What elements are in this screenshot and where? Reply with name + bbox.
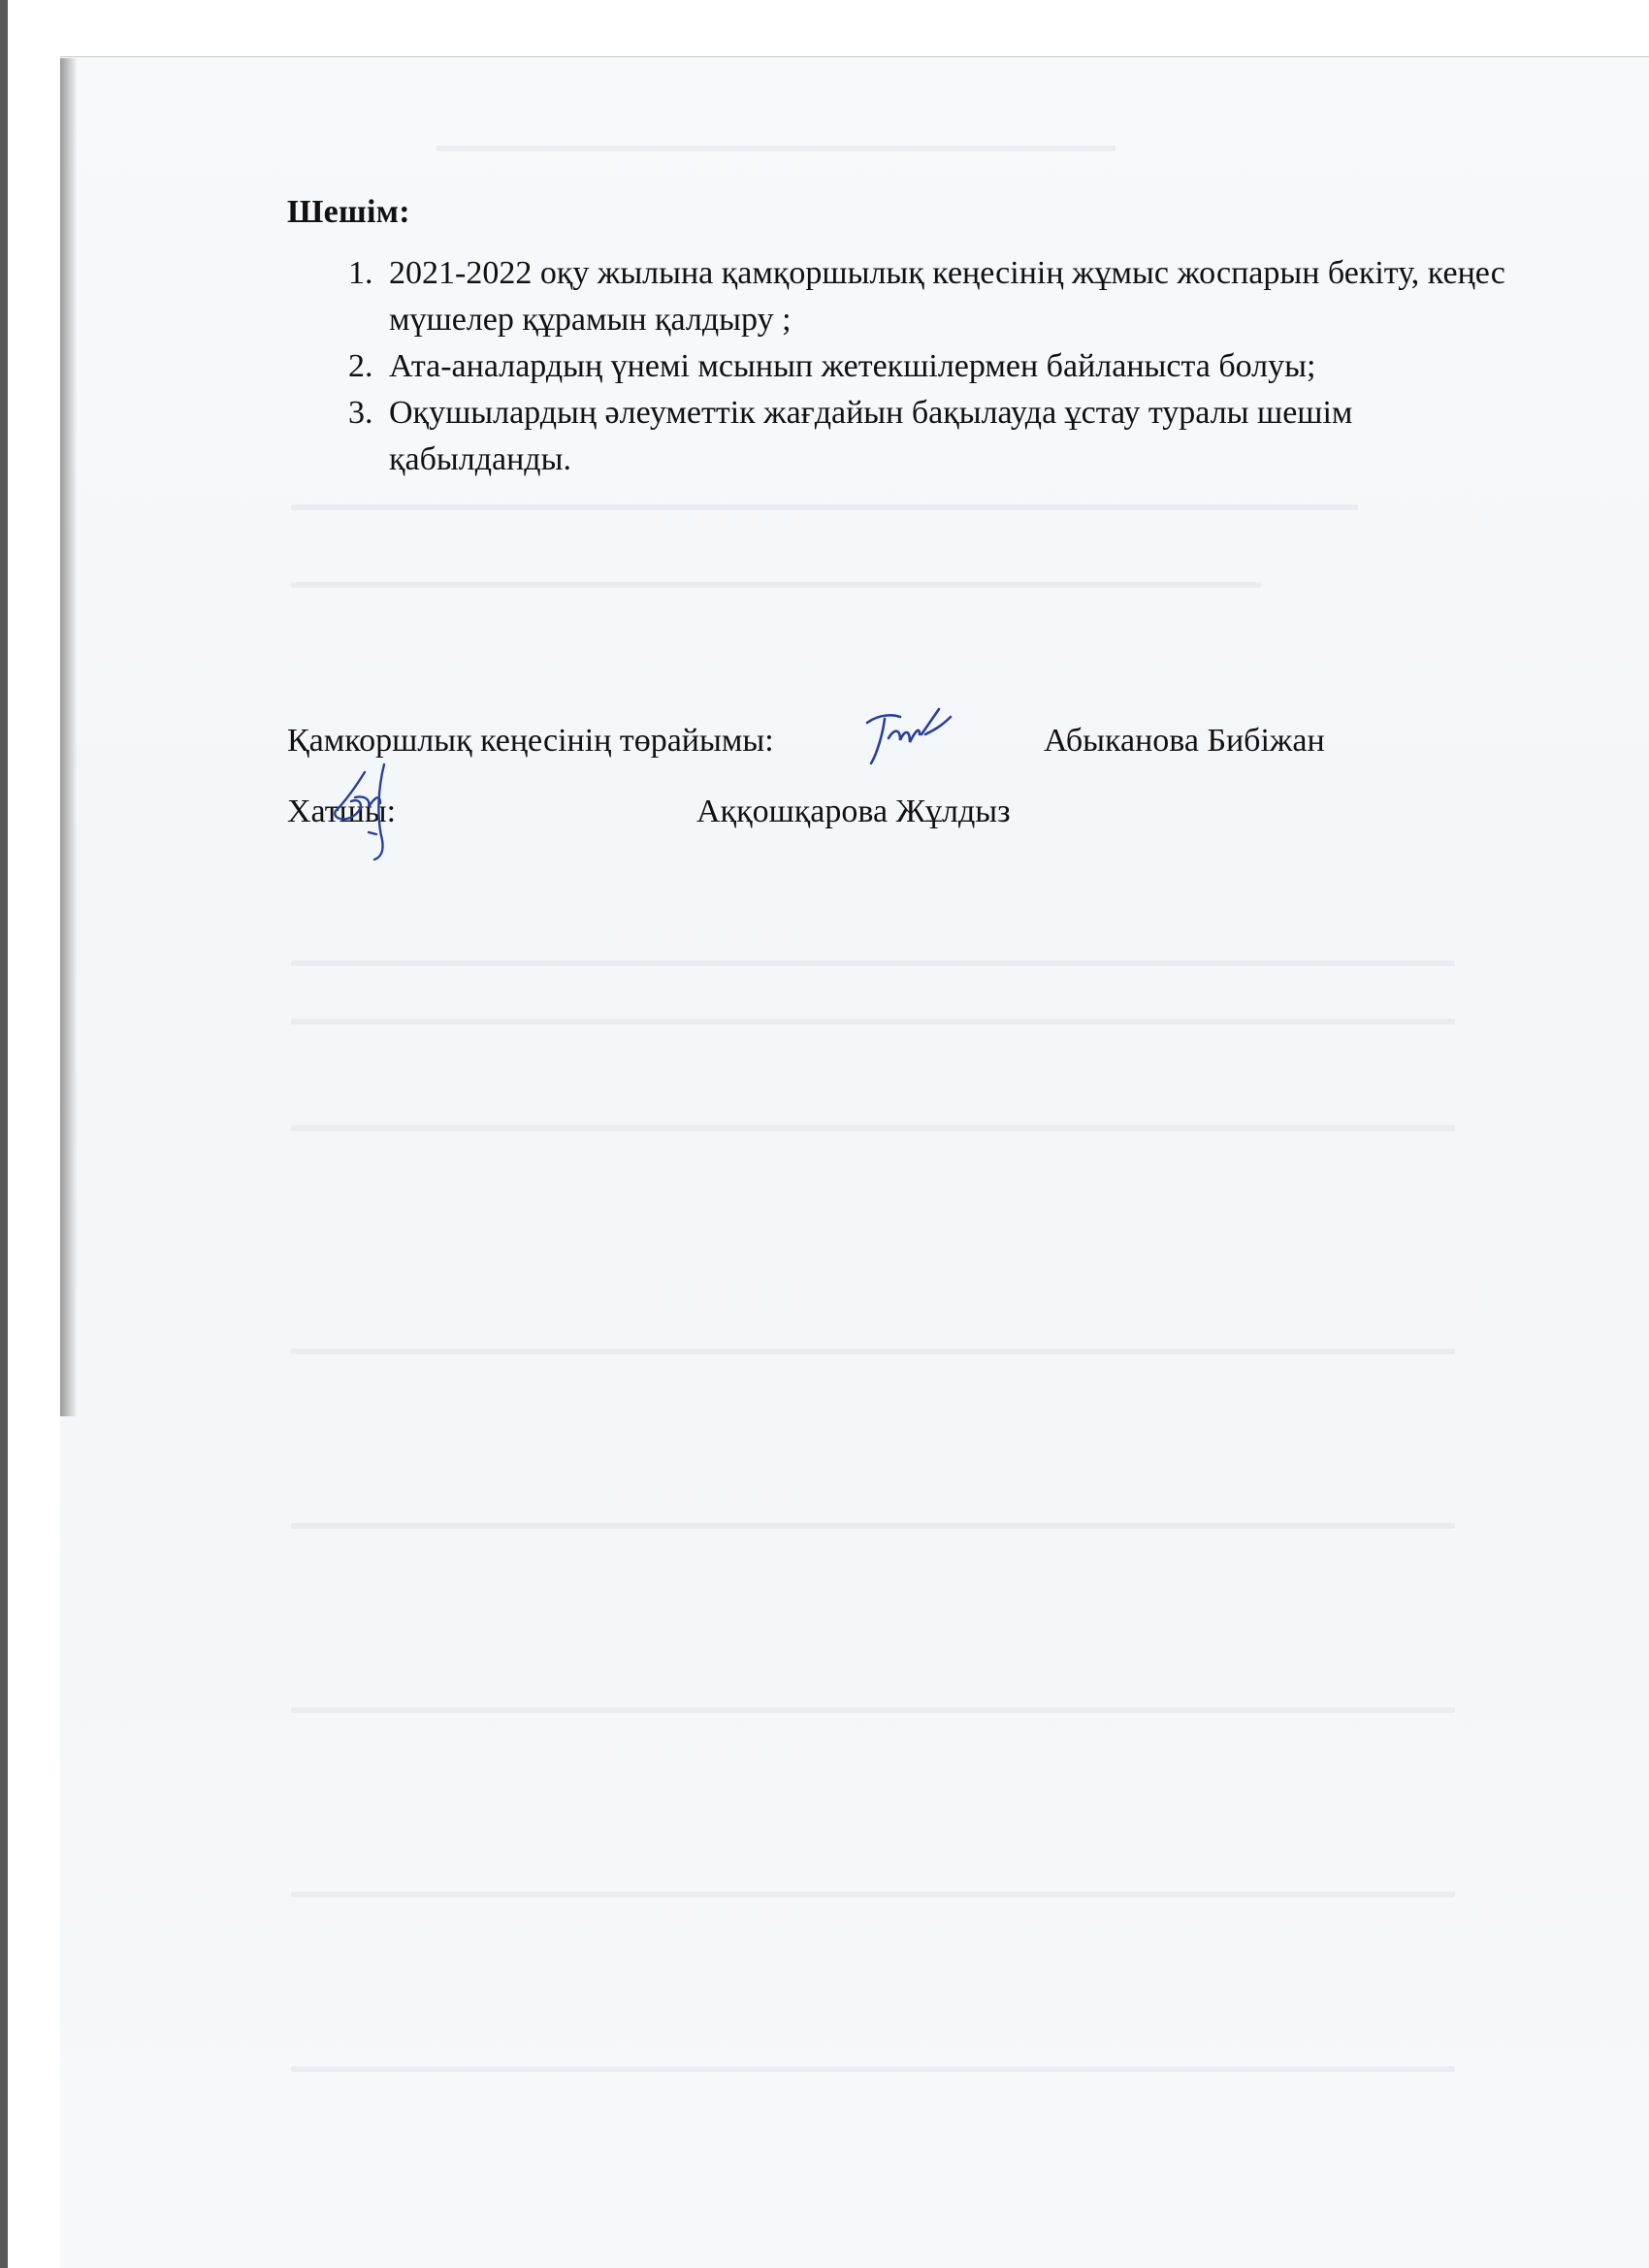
chair-signature-icon: [861, 705, 958, 773]
bleed-through-line: [436, 146, 1115, 151]
bleed-through-line: [291, 1019, 1455, 1024]
bleed-through-line: [291, 2066, 1455, 2072]
chair-name: Абыканова Бибіжан: [1044, 723, 1325, 760]
bleed-through-line: [291, 960, 1455, 966]
chair-role-label: Қамкоршлық кеңесінің төрайымы:: [287, 723, 774, 760]
scanner-edge-bar: [0, 0, 8, 2268]
scan-shadow: [60, 58, 78, 1416]
decision-heading: Шешім:: [287, 194, 1509, 231]
bleed-through-line: [291, 582, 1261, 588]
decision-item: Оқушылардың әлеуметтік жағдайын бақылауд…: [381, 390, 1509, 483]
secretary-name: Аққошқарова Жұлдыз: [696, 794, 1011, 830]
bleed-through-line: [291, 1523, 1455, 1529]
decision-section: Шешім: 2021-2022 оқу жылына қамқоршылық …: [287, 194, 1509, 483]
bleed-through-line: [291, 1892, 1455, 1897]
bleed-through-line: [291, 1348, 1455, 1354]
bleed-through-line: [291, 1707, 1455, 1713]
secretary-signature-icon: [326, 759, 404, 865]
decision-list: 2021-2022 оқу жылына қамқоршылық кеңесін…: [287, 250, 1509, 483]
decision-item: 2021-2022 оқу жылына қамқоршылық кеңесін…: [381, 250, 1509, 343]
bleed-through-line: [291, 1125, 1455, 1131]
bleed-through-line: [291, 504, 1358, 510]
decision-item: Ата-аналардың үнемі мсынып жетекшілермен…: [381, 343, 1509, 390]
